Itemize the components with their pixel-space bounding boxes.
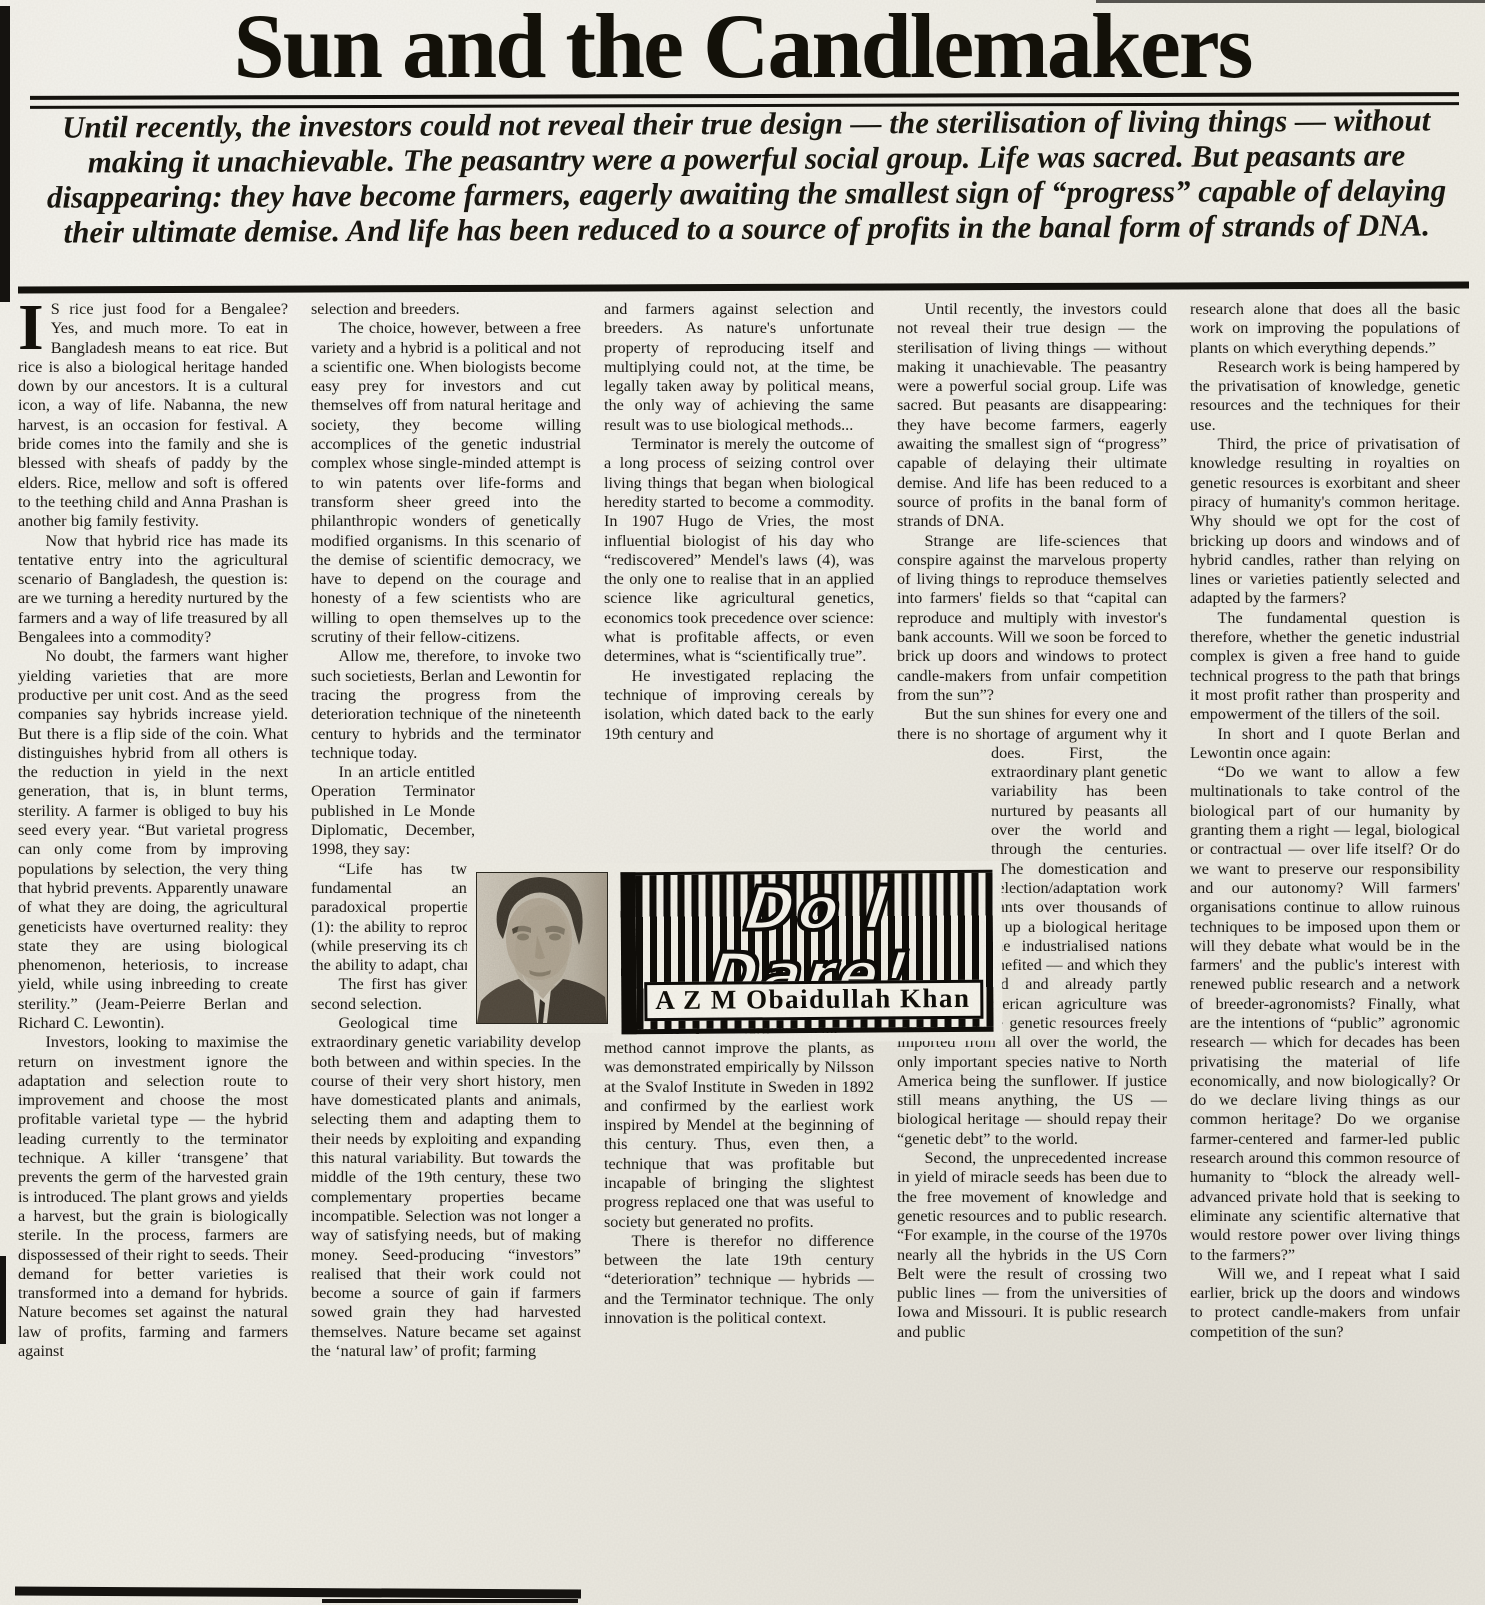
paragraph: Strange are life-sciences that conspire …: [897, 532, 1167, 706]
do-i-dare-banner: Do I Dare! A Z M Obaidullah Khan: [620, 870, 993, 1035]
paragraph: Now that hybrid rice has made its tentat…: [18, 532, 288, 648]
paragraph: Second, the unprecedented increase in yi…: [897, 1149, 1167, 1342]
paragraph: “Do we want to allow a few multinational…: [1190, 763, 1460, 1265]
paragraph: Research work is being hampered by the p…: [1190, 358, 1460, 435]
paragraph: In short and I quote Berlan and Lewontin…: [1190, 725, 1460, 764]
banner-byline: A Z M Obaidullah Khan: [644, 980, 983, 1021]
paragraph: No doubt, the farmers want higher yieldi…: [18, 647, 288, 1033]
newspaper-page: Sun and the Candlemakers Until recently,…: [0, 0, 1485, 1605]
paragraph: and farmers against selection and breede…: [604, 300, 874, 435]
paragraph: In an article entitled Operation Termina…: [311, 763, 581, 859]
paragraph: There is therefor no difference between …: [604, 1232, 874, 1328]
standfirst: Until recently, the investors could not …: [38, 102, 1456, 249]
paragraph: Until recently, the investors could not …: [897, 300, 1167, 532]
drop-cap: I: [18, 300, 51, 353]
paragraph-text: In an article entitled Operation Termina…: [311, 763, 475, 858]
column-5: research alone that does all the basic w…: [1190, 300, 1460, 1603]
paragraph: The choice, however, between a free vari…: [311, 319, 581, 647]
paragraph: Third, the price of privatisation of kno…: [1190, 435, 1460, 609]
portrait-illustration: [477, 873, 607, 1023]
author-portrait-photo: [476, 872, 608, 1024]
paragraph-text: S rice just food for a Bengalee? Yes, an…: [18, 300, 288, 530]
paragraph: The fundamental question is therefore, w…: [1190, 609, 1460, 725]
paragraph: Investors, looking to maximise the retur…: [18, 1033, 288, 1361]
paragraph: Allow me, therefore, to invoke two such …: [311, 647, 581, 763]
paragraph: selection and breeders.: [311, 300, 581, 319]
paragraph: Will we, and I repeat what I said earlie…: [1190, 1265, 1460, 1342]
paragraph: Terminator is merely the outcome of a lo…: [604, 435, 874, 667]
paragraph: He investigated replacing the technique …: [604, 667, 874, 744]
paragraph: research alone that does all the basic w…: [1190, 300, 1460, 358]
article-headline: Sun and the Candlemakers: [0, 0, 1485, 92]
column-1: IS rice just food for a Bengalee? Yes, a…: [18, 300, 288, 1603]
paragraph: IS rice just food for a Bengalee? Yes, a…: [18, 300, 288, 532]
heavy-rule: [18, 281, 1469, 293]
paragraph: Geological time has seen an extraordinar…: [311, 1014, 581, 1361]
